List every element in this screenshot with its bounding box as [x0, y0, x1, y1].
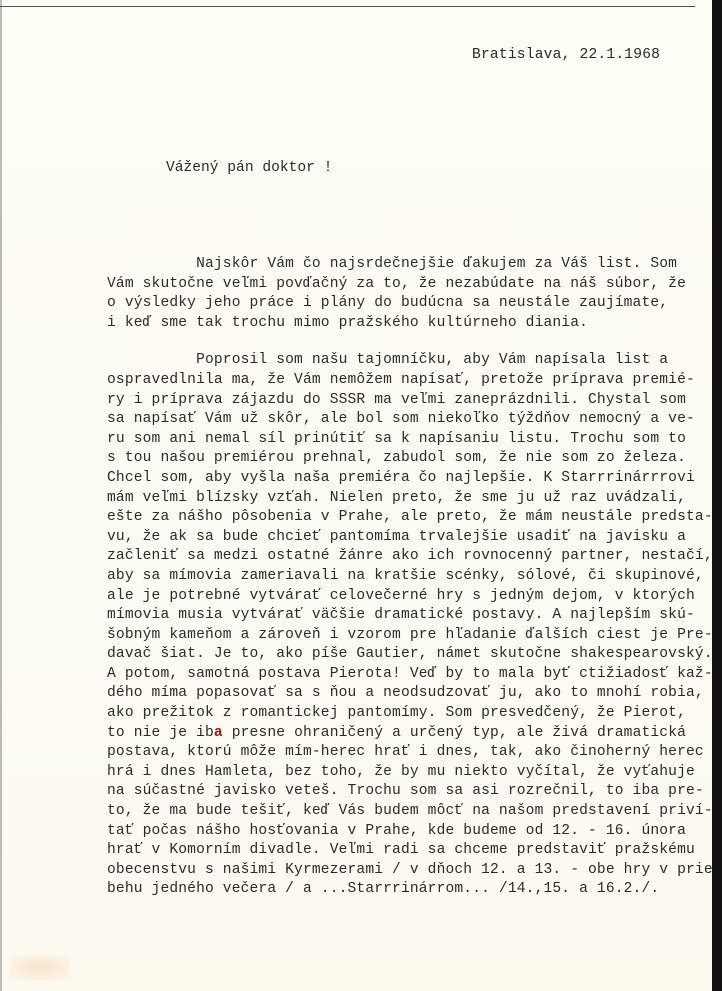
letter-body: Najskôr Vám čo najsrdečnejšie ďakujem za…: [107, 255, 707, 900]
text-line: davač šiat. Je to, ako píše Gautier, nám…: [107, 645, 707, 665]
text-line: Poprosil som našu tajomníčku, aby Vám na…: [107, 351, 707, 371]
place-date: Bratislava, 22.1.1968: [472, 47, 660, 63]
text-line: ale je potrebné vytvárať celovečerné hry…: [107, 587, 707, 607]
text-line: s tou našou premiérou prehnal, zabudol s…: [107, 449, 707, 469]
scan-border: [712, 0, 722, 991]
text-line: to, že ma bude tešiť, keď Vás budem môcť…: [107, 802, 707, 822]
text-line: tať počas nášho hosťovania v Prahe, kde …: [107, 822, 707, 842]
text-line: ru som ani nemal síl prinútiť sa k napís…: [107, 430, 707, 450]
text-line: mám veľmi blízsky vzťah. Nielen preto, ž…: [107, 489, 707, 509]
page-top-edge: [0, 6, 695, 7]
text-line: Vám skutočne veľmi povďačný za to, že ne…: [107, 275, 707, 295]
text-line: Najskôr Vám čo najsrdečnejšie ďakujem za…: [107, 255, 707, 275]
text-line: na súčastné javisko veteš. Trochu som sa…: [107, 782, 707, 802]
page-left-edge: [0, 0, 2, 991]
text-line: postava, ktorú môže mím-herec hrať i dne…: [107, 743, 707, 763]
text-line: ako prežitok z romantickej pantomímy. So…: [107, 704, 707, 724]
text-line: dého míma popasovať sa s ňou a neodsudzo…: [107, 684, 707, 704]
text-line: šobným kameňom a zároveň i vzorom pre hľ…: [107, 626, 707, 646]
text-line: začleniť sa medzi ostatné žánre ako ich …: [107, 547, 707, 567]
text-line: sa napísať Vám už skôr, ale bol som niek…: [107, 410, 707, 430]
text-line: o výsledky jeho práce i plány do budúcna…: [107, 294, 707, 314]
salutation: Vážený pán doktor !: [166, 160, 332, 176]
text-line: ešte za nášho pôsobenia v Prahe, ale pre…: [107, 508, 707, 528]
text-line: vu, že ak sa bude chcieť pantomíma trval…: [107, 528, 707, 548]
paragraph-2: Poprosil som našu tajomníčku, aby Vám na…: [107, 351, 707, 900]
text-line: to nie je iba presne ohraničený a určený…: [107, 724, 707, 744]
text-line: Chcel som, aby vyšla naša premiéra čo na…: [107, 469, 707, 489]
paragraph-1: Najskôr Vám čo najsrdečnejšie ďakujem za…: [107, 255, 707, 333]
handwritten-correction: a: [214, 725, 223, 741]
text-line: hrať v Komorním divadle. Veľmi radi sa c…: [107, 841, 707, 861]
text-line: hrá i dnes Hamleta, bez toho, že by mu n…: [107, 763, 707, 783]
paper-stain: [10, 955, 70, 980]
text-line: behu jedného večera / a ...Starrrinárrom…: [107, 880, 707, 900]
text-line: i keď sme tak trochu mimo pražského kult…: [107, 314, 707, 334]
text-line: mímovia musia vytvárať väčšie dramatické…: [107, 606, 707, 626]
text-line: A potom, samotná postava Pierota! Veď by…: [107, 665, 707, 685]
text-line: ospravedlnila ma, že Vám nemôžem napísať…: [107, 371, 707, 391]
text-line: obecenstvu s našimi Kyrmezerami / v dňoc…: [107, 861, 707, 881]
letter-page: Bratislava, 22.1.1968 Vážený pán doktor …: [0, 0, 712, 991]
text-line: ry i príprava zájazdu do SSSR ma veľmi z…: [107, 391, 707, 411]
text-line: aby sa mímovia zameriavali na kratšie sc…: [107, 567, 707, 587]
